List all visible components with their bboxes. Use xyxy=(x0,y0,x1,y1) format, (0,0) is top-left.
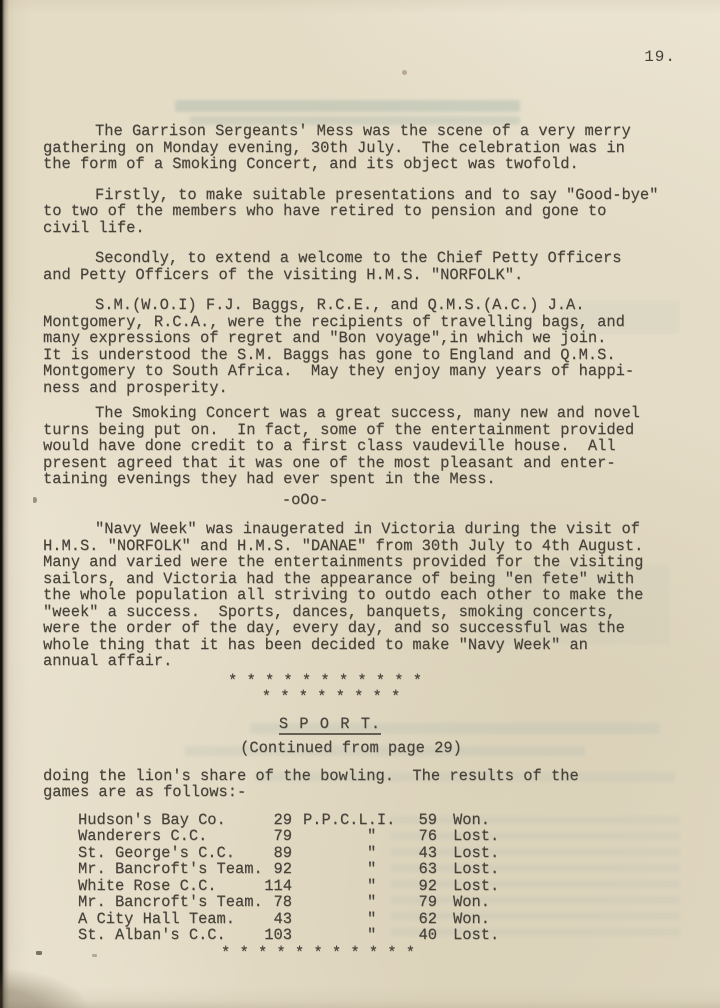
table-row: A City Hall Team.43"62Won. xyxy=(78,911,677,928)
opponent-score: 92 xyxy=(392,878,437,895)
opponent-score: 79 xyxy=(392,894,437,911)
team-name: Mr. Bancroft's Team. xyxy=(78,861,250,878)
text-line: Montgomery to South Africa. May they enj… xyxy=(43,363,677,380)
match-result: Lost. xyxy=(453,861,677,878)
match-result: Lost. xyxy=(453,878,677,895)
column-gap xyxy=(437,861,453,878)
opponent-score: 63 xyxy=(392,861,437,878)
para-smoking-concert: The Smoking Concert was a great success,… xyxy=(43,405,677,488)
text-line: "Navy Week" was inaugerated in Victoria … xyxy=(43,521,677,538)
column-gap xyxy=(437,812,453,829)
table-row: White Rose C.C.114"92Lost. xyxy=(78,878,677,895)
team-score: 78 xyxy=(250,894,292,911)
column-gap xyxy=(437,845,453,862)
text-line: would have done credit to a first class … xyxy=(43,438,677,455)
column-gap xyxy=(437,828,453,845)
opponent-score: 43 xyxy=(392,845,437,862)
opponent-name: P.P.C.L.I. xyxy=(303,812,392,829)
text-line: turns being put on. In fact, some of the… xyxy=(43,422,677,439)
table-row: St. Alban's C.C.103"40Lost. xyxy=(78,927,677,944)
match-result: Lost. xyxy=(453,845,677,862)
team-score: 92 xyxy=(250,861,292,878)
opponent-name: " xyxy=(303,894,392,911)
match-result: Won. xyxy=(453,812,677,829)
team-name: Wanderers C.C. xyxy=(78,828,250,845)
para-presentations: S.M.(W.O.I) F.J. Baggs, R.C.E., and Q.M.… xyxy=(43,297,677,396)
team-score: 79 xyxy=(250,828,292,845)
team-name: White Rose C.C. xyxy=(78,878,250,895)
text-line: were the order of the day, every day, an… xyxy=(43,620,677,637)
opponent-score: 62 xyxy=(392,911,437,928)
opponent-name: " xyxy=(303,828,392,845)
column-gap xyxy=(292,878,303,895)
text-line: taining evenings they had ever spent in … xyxy=(43,471,677,488)
team-name: St. George's C.C. xyxy=(78,845,250,862)
cricket-results-table: Hudson's Bay Co.29P.P.C.L.I.59Won.Wander… xyxy=(78,812,677,944)
match-result: Lost. xyxy=(453,828,677,845)
table-row: Mr. Bancroft's Team.92"63Lost. xyxy=(78,861,677,878)
opponent-score: 59 xyxy=(392,812,437,829)
text-line: present agreed that it was one of the mo… xyxy=(43,455,677,472)
match-result: Won. xyxy=(453,911,677,928)
opponent-name: " xyxy=(303,927,392,944)
team-name: Mr. Bancroft's Team. xyxy=(78,894,250,911)
team-score: 114 xyxy=(250,878,292,895)
text-line: games are as follows:- xyxy=(43,784,677,801)
text-line: S.M.(W.O.I) F.J. Baggs, R.C.E., and Q.M.… xyxy=(43,297,677,314)
column-gap xyxy=(292,894,303,911)
page-number: 19. xyxy=(644,48,676,66)
text-line: gathering on Monday evening, 30th July. … xyxy=(43,140,677,157)
opponent-name: " xyxy=(303,878,392,895)
match-result: Lost. xyxy=(453,927,677,944)
column-gap xyxy=(437,927,453,944)
text-line: civil life. xyxy=(43,220,677,237)
asterisk-divider-row1: * * * * * * * * * * * xyxy=(8,673,642,690)
sport-heading: S P O R T. xyxy=(279,716,381,736)
section-divider-ooo: -oOo- xyxy=(0,492,622,509)
column-gap xyxy=(292,828,303,845)
table-row: St. George's C.C.89"43Lost. xyxy=(78,845,677,862)
document-body: The Garrison Sergeants' Mess was the sce… xyxy=(43,123,677,961)
team-score: 29 xyxy=(250,812,292,829)
text-line: and Petty Officers of the visiting H.M.S… xyxy=(43,267,677,284)
sport-heading-wrap: S P O R T. xyxy=(13,716,647,736)
text-line: Montgomery, R.C.A., were the recipients … xyxy=(43,314,677,331)
para-bowling-results: doing the lion's share of the bowling. T… xyxy=(43,768,677,801)
column-gap xyxy=(292,911,303,928)
text-line: It is understood the S.M. Baggs has gone… xyxy=(43,347,677,364)
para-navy-week: "Navy Week" was inaugerated in Victoria … xyxy=(43,521,677,670)
match-result: Won. xyxy=(453,894,677,911)
opponent-score: 76 xyxy=(392,828,437,845)
text-line: The Smoking Concert was a great success,… xyxy=(43,405,677,422)
team-name: Hudson's Bay Co. xyxy=(78,812,250,829)
team-name: A City Hall Team. xyxy=(78,911,250,928)
text-line: H.M.S. "NORFOLK" and H.M.S. "DANAE" from… xyxy=(43,538,677,555)
text-line: the form of a Smoking Concert, and its o… xyxy=(43,156,677,173)
column-gap xyxy=(292,861,303,878)
column-gap xyxy=(437,878,453,895)
text-line: many expressions of regret and "Bon voya… xyxy=(43,330,677,347)
column-gap xyxy=(437,894,453,911)
column-gap xyxy=(437,911,453,928)
text-line: whole thing that it has been decided to … xyxy=(43,637,677,654)
table-row: Mr. Bancroft's Team.78"79Won. xyxy=(78,894,677,911)
opponent-score: 40 xyxy=(392,927,437,944)
text-line: doing the lion's share of the bowling. T… xyxy=(43,768,677,785)
para-firstly: Firstly, to make suitable presentations … xyxy=(43,187,677,237)
text-line: sailors, and Victoria had the appearance… xyxy=(43,571,677,588)
column-gap xyxy=(292,845,303,862)
paper-speck xyxy=(402,70,407,75)
table-row: Hudson's Bay Co.29P.P.C.L.I.59Won. xyxy=(78,812,677,829)
text-line: the whole population all striving to out… xyxy=(43,587,677,604)
text-line: to two of the members who have retired t… xyxy=(43,203,677,220)
para-garrison-mess: The Garrison Sergeants' Mess was the sce… xyxy=(43,123,677,173)
corner-shade xyxy=(0,968,90,1008)
team-score: 43 xyxy=(250,911,292,928)
sport-continued-note: (Continued from page 29) xyxy=(34,740,668,757)
opponent-name: " xyxy=(303,911,392,928)
team-score: 103 xyxy=(250,927,292,944)
para-secondly: Secondly, to extend a welcome to the Chi… xyxy=(43,250,677,283)
team-name: St. Alban's C.C. xyxy=(78,927,250,944)
text-line: Firstly, to make suitable presentations … xyxy=(43,187,677,204)
table-row: Wanderers C.C.79"76Lost. xyxy=(78,828,677,845)
column-gap xyxy=(292,812,303,829)
asterisk-divider-row2: * * * * * * * * xyxy=(14,689,648,706)
bleed-through-mark xyxy=(175,100,520,112)
text-line: "week" a success. Sports, dances, banque… xyxy=(43,604,677,621)
scanned-document-page: { "colors":{"paper":"#ebe4d1","ink":"#46… xyxy=(0,0,720,1008)
text-line: Many and varied were the entertainments … xyxy=(43,554,677,571)
asterisk-divider-row3: * * * * * * * * * * * xyxy=(1,945,635,962)
opponent-name: " xyxy=(303,845,392,862)
text-line: The Garrison Sergeants' Mess was the sce… xyxy=(43,123,677,140)
text-line: Secondly, to extend a welcome to the Chi… xyxy=(43,250,677,267)
column-gap xyxy=(292,927,303,944)
team-score: 89 xyxy=(250,845,292,862)
text-line: annual affair. xyxy=(43,653,677,670)
text-line: ness and prosperity. xyxy=(43,380,677,397)
opponent-name: " xyxy=(303,861,392,878)
